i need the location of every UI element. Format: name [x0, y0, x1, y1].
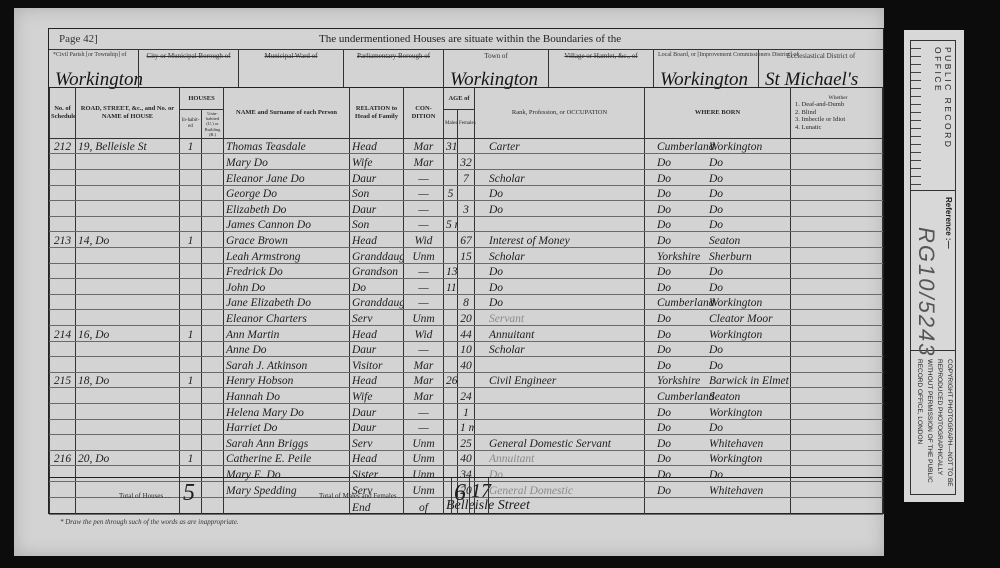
- record-office-strip: PUBLIC RECORD OFFICE Reference :— RG10/5…: [904, 30, 964, 502]
- male-age-cell: [444, 450, 458, 466]
- born-county: Do: [647, 407, 709, 419]
- table-row: Anne DoDaur—10ScholarDoDo: [50, 341, 883, 357]
- inhabited-cell: [180, 294, 202, 310]
- uninhabited-cell: [202, 279, 224, 295]
- inhabited-cell: [180, 216, 202, 232]
- infirmity-cell: [791, 450, 883, 466]
- schedule-cell: [50, 294, 76, 310]
- inhabited-cell: [180, 435, 202, 451]
- location-local-board: Local Board, or [Improvement Commissione…: [654, 50, 759, 87]
- occupation-cell: [475, 419, 645, 435]
- table-row: Eleanor Jane DoDaur—7ScholarDoDo: [50, 170, 883, 186]
- infirmity-cell: [791, 248, 883, 264]
- male-age-cell: 31: [444, 138, 458, 154]
- relation-cell: Daur: [350, 201, 404, 217]
- road-cell: [76, 341, 180, 357]
- col-infirmity: Whether 1. Deaf-and-Dumb 2. Blind 3. Imb…: [791, 88, 883, 139]
- born-place: Do: [709, 360, 723, 372]
- road-cell: 19, Belleisle St: [76, 138, 180, 154]
- infirmity-cell: [791, 403, 883, 419]
- schedule-cell: [50, 201, 76, 217]
- condition-cell: —: [404, 185, 444, 201]
- condition-cell: —: [404, 170, 444, 186]
- page-number: Page 42]: [59, 33, 98, 45]
- name-cell: Helena Mary Do: [224, 403, 350, 419]
- female-age-cell: [458, 216, 475, 232]
- occupation-cell: Scholar: [475, 248, 645, 264]
- boundary-title: The undermentioned Houses are situate wi…: [319, 33, 621, 45]
- female-age-cell: 3: [458, 201, 475, 217]
- born-county: Do: [647, 235, 709, 247]
- condition-cell: —: [404, 294, 444, 310]
- inhabited-cell: [180, 357, 202, 373]
- name-cell: Catherine E. Peile: [224, 450, 350, 466]
- location-row: *Civil Parish [or Township] of Workingto…: [49, 49, 883, 87]
- table-row: 21416, Do1Ann MartinHeadWid44AnnuitantDo…: [50, 325, 883, 341]
- born-county: Do: [647, 282, 709, 294]
- location-civil-parish: *Civil Parish [or Township] of Workingto…: [49, 50, 139, 87]
- schedule-cell: [50, 357, 76, 373]
- male-age-cell: [444, 248, 458, 264]
- born-place: Sherburn: [709, 251, 752, 263]
- male-age-cell: [444, 435, 458, 451]
- female-age-cell: 67: [458, 232, 475, 248]
- name-cell: Fredrick Do: [224, 263, 350, 279]
- table-row: 21518, Do1Henry HobsonHeadMar26Civil Eng…: [50, 372, 883, 388]
- female-age-cell: 7: [458, 170, 475, 186]
- schedule-cell: [50, 435, 76, 451]
- road-cell: [76, 216, 180, 232]
- condition-cell: —: [404, 263, 444, 279]
- occupation-cell: [475, 388, 645, 404]
- table-row: Hannah DoWifeMar24CumberlandSeaton: [50, 388, 883, 404]
- uninhabited-cell: [202, 419, 224, 435]
- born-place: Seaton: [709, 391, 740, 403]
- inhabited-cell: 1: [180, 232, 202, 248]
- schedule-cell: 215: [50, 372, 76, 388]
- born-place: Workington: [709, 407, 762, 419]
- born-county: Do: [647, 188, 709, 200]
- uninhabited-cell: [202, 372, 224, 388]
- col-uninhabited: Unin-habited (U.) or Building (B.): [202, 110, 224, 139]
- male-age-cell: [444, 232, 458, 248]
- female-age-cell: 40: [458, 357, 475, 373]
- condition-cell: Mar: [404, 388, 444, 404]
- born-cell: DoDo: [645, 357, 791, 373]
- condition-cell: Mar: [404, 372, 444, 388]
- male-age-cell: [444, 170, 458, 186]
- infirmity-cell: [791, 325, 883, 341]
- condition-cell: —: [404, 419, 444, 435]
- occupation-cell: Do: [475, 263, 645, 279]
- born-cell: DoWorkington: [645, 403, 791, 419]
- born-county: Do: [647, 329, 709, 341]
- schedule-cell: [50, 185, 76, 201]
- infirmity-cell: [791, 138, 883, 154]
- condition-cell: Unm: [404, 450, 444, 466]
- condition-cell: Wid: [404, 232, 444, 248]
- born-cell: DoSeaton: [645, 232, 791, 248]
- born-county: Yorkshire: [647, 251, 709, 263]
- female-age-cell: 20: [458, 310, 475, 326]
- infirmity-cell: [791, 372, 883, 388]
- born-place: Do: [709, 422, 723, 434]
- table-row: Sarah J. AtkinsonVisitorMar40DoDo: [50, 357, 883, 373]
- table-row: John DoDo—11DoDoDo: [50, 279, 883, 295]
- male-age-cell: [444, 310, 458, 326]
- uninhabited-cell: [202, 248, 224, 264]
- inhabited-cell: [180, 185, 202, 201]
- relation-cell: Son: [350, 216, 404, 232]
- col-schedule: No. of Schedule: [50, 88, 76, 139]
- uninhabited-cell: [202, 310, 224, 326]
- table-row: Fredrick DoGrandson—13DoDoDo: [50, 263, 883, 279]
- road-cell: [76, 279, 180, 295]
- born-county: Do: [647, 453, 709, 465]
- female-age-cell: 1: [458, 403, 475, 419]
- uninhabited-cell: [202, 357, 224, 373]
- inhabited-cell: [180, 248, 202, 264]
- relation-cell: Daur: [350, 419, 404, 435]
- born-place: Seaton: [709, 235, 740, 247]
- infirmity-cell: [791, 388, 883, 404]
- born-place: Do: [709, 219, 723, 231]
- col-houses: HOUSES: [180, 88, 224, 110]
- table-row: Elizabeth DoDaur—3DoDoDo: [50, 201, 883, 217]
- schedule-cell: [50, 388, 76, 404]
- census-form: Page 42] The undermentioned Houses are s…: [48, 28, 884, 514]
- road-cell: [76, 419, 180, 435]
- born-county: Do: [647, 438, 709, 450]
- location-town: Town of Workington: [444, 50, 549, 87]
- road-cell: [76, 388, 180, 404]
- relation-cell: Visitor: [350, 357, 404, 373]
- born-place: Do: [709, 266, 723, 278]
- road-cell: 20, Do: [76, 450, 180, 466]
- condition-cell: Mar: [404, 138, 444, 154]
- name-cell: Mary Do: [224, 154, 350, 170]
- name-cell: Sarah J. Atkinson: [224, 357, 350, 373]
- born-cell: DoDo: [645, 216, 791, 232]
- born-cell: DoDo: [645, 185, 791, 201]
- schedule-cell: [50, 263, 76, 279]
- male-age-cell: [444, 325, 458, 341]
- reference-value: RG10/5243: [913, 227, 939, 358]
- born-cell: DoCleator Moor: [645, 310, 791, 326]
- inhabited-cell: [180, 201, 202, 217]
- relation-cell: Grandson: [350, 263, 404, 279]
- total-persons-label: Total of Males and Females . .: [319, 492, 404, 500]
- born-cell: CumberlandWorkington: [645, 138, 791, 154]
- female-age-cell: [458, 263, 475, 279]
- schedule-cell: [50, 310, 76, 326]
- born-place: Do: [709, 157, 723, 169]
- born-place: Whitehaven: [709, 438, 763, 450]
- male-age-cell: [444, 357, 458, 373]
- schedule-cell: [50, 419, 76, 435]
- born-county: Do: [647, 266, 709, 278]
- inhabited-cell: [180, 419, 202, 435]
- col-females: Females: [458, 110, 475, 139]
- male-age-cell: [444, 403, 458, 419]
- born-place: Workington: [709, 297, 762, 309]
- table-row: 21314, Do1Grace BrownHeadWid67Interest o…: [50, 232, 883, 248]
- inhabited-cell: [180, 154, 202, 170]
- born-place: Cleator Moor: [709, 313, 773, 325]
- name-cell: James Cannon Do: [224, 216, 350, 232]
- male-age-cell: [444, 388, 458, 404]
- col-born: WHERE BORN: [645, 88, 791, 139]
- infirmity-cell: [791, 232, 883, 248]
- occupation-cell: Do: [475, 201, 645, 217]
- female-age-cell: 25: [458, 435, 475, 451]
- male-age-cell: 11: [444, 279, 458, 295]
- location-municipal-ward: Municipal Ward of: [239, 50, 344, 87]
- road-cell: [76, 263, 180, 279]
- born-place: Workington: [709, 329, 762, 341]
- table-row: Harriet DoDaur—1 moDoDo: [50, 419, 883, 435]
- male-age-cell: 13: [444, 263, 458, 279]
- female-age-cell: [458, 372, 475, 388]
- relation-cell: Serv: [350, 435, 404, 451]
- reference-label: Reference :—: [944, 197, 953, 249]
- born-place: Barwick in Elmet: [709, 375, 789, 387]
- name-cell: George Do: [224, 185, 350, 201]
- schedule-cell: [50, 341, 76, 357]
- col-occupation: Rank, Profession, or OCCUPATION: [475, 88, 645, 139]
- occupation-cell: [475, 357, 645, 373]
- infirmity-cell: [791, 357, 883, 373]
- condition-cell: —: [404, 403, 444, 419]
- male-age-cell: [444, 419, 458, 435]
- road-cell: [76, 170, 180, 186]
- condition-cell: —: [404, 341, 444, 357]
- road-cell: 14, Do: [76, 232, 180, 248]
- road-cell: [76, 435, 180, 451]
- infirmity-cell: [791, 341, 883, 357]
- female-age-cell: 32: [458, 154, 475, 170]
- born-cell: DoDo: [645, 170, 791, 186]
- inhabited-cell: 1: [180, 450, 202, 466]
- schedule-cell: [50, 170, 76, 186]
- inhabited-cell: [180, 310, 202, 326]
- schedule-cell: 212: [50, 138, 76, 154]
- inhabited-cell: [180, 403, 202, 419]
- schedule-cell: [50, 403, 76, 419]
- uninhabited-cell: [202, 435, 224, 451]
- road-cell: 18, Do: [76, 372, 180, 388]
- table-row: 21620, Do1Catherine E. PeileHeadUnm40Ann…: [50, 450, 883, 466]
- occupation-cell: General Domestic Servant: [475, 435, 645, 451]
- table-row: Leah ArmstrongGranddaughterUnm15ScholarY…: [50, 248, 883, 264]
- female-age-cell: 24: [458, 388, 475, 404]
- relation-cell: Granddaughter: [350, 248, 404, 264]
- table-row: Helena Mary DoDaur—1DoWorkington: [50, 403, 883, 419]
- born-cell: DoWhitehaven: [645, 435, 791, 451]
- relation-cell: Head: [350, 325, 404, 341]
- born-cell: DoDo: [645, 201, 791, 217]
- born-cell: DoDo: [645, 263, 791, 279]
- born-place: Do: [709, 188, 723, 200]
- relation-cell: Head: [350, 372, 404, 388]
- inhabited-cell: 1: [180, 372, 202, 388]
- born-county: Do: [647, 422, 709, 434]
- occupation-cell: Carter: [475, 138, 645, 154]
- born-place: Do: [709, 173, 723, 185]
- schedule-cell: [50, 279, 76, 295]
- name-cell: Eleanor Jane Do: [224, 170, 350, 186]
- condition-cell: Mar: [404, 154, 444, 170]
- relation-cell: Wife: [350, 388, 404, 404]
- condition-cell: Unm: [404, 435, 444, 451]
- relation-cell: Son: [350, 185, 404, 201]
- born-cell: DoDo: [645, 279, 791, 295]
- female-age-cell: [458, 279, 475, 295]
- born-cell: DoDo: [645, 341, 791, 357]
- born-county: Do: [647, 344, 709, 356]
- occupation-cell: [475, 154, 645, 170]
- road-cell: [76, 357, 180, 373]
- road-cell: [76, 248, 180, 264]
- relation-cell: Head: [350, 232, 404, 248]
- uninhabited-cell: [202, 263, 224, 279]
- schedule-cell: 213: [50, 232, 76, 248]
- occupation-cell: Scholar: [475, 341, 645, 357]
- female-age-cell: 1 mo: [458, 419, 475, 435]
- male-age-cell: 5 mo: [444, 216, 458, 232]
- female-age-cell: 8: [458, 294, 475, 310]
- location-parliamentary-borough: Parliamentary Borough of: [344, 50, 444, 87]
- uninhabited-cell: [202, 388, 224, 404]
- occupation-cell: Scholar: [475, 170, 645, 186]
- col-name: NAME and Surname of each Person: [224, 88, 350, 139]
- name-cell: Grace Brown: [224, 232, 350, 248]
- occupation-cell: Interest of Money: [475, 232, 645, 248]
- infirmity-cell: [791, 263, 883, 279]
- uninhabited-cell: [202, 216, 224, 232]
- male-age-cell: 26: [444, 372, 458, 388]
- record-office-title: PUBLIC RECORD OFFICE: [933, 47, 953, 190]
- born-county: Cumberland: [647, 391, 709, 403]
- infirmity-cell: [791, 201, 883, 217]
- occupation-cell: Annuitant: [475, 325, 645, 341]
- uninhabited-cell: [202, 185, 224, 201]
- condition-cell: —: [404, 279, 444, 295]
- born-place: Workington: [709, 141, 762, 153]
- uninhabited-cell: [202, 232, 224, 248]
- ruler-scale: PUBLIC RECORD OFFICE: [911, 41, 955, 191]
- table-row: Mary DoWifeMar32DoDo: [50, 154, 883, 170]
- condition-cell: Unm: [404, 248, 444, 264]
- born-county: Do: [647, 157, 709, 169]
- male-age-cell: [444, 201, 458, 217]
- uninhabited-cell: [202, 138, 224, 154]
- born-place: Workington: [709, 453, 762, 465]
- condition-cell: Unm: [404, 310, 444, 326]
- col-relation: RELATION to Head of Family: [350, 88, 404, 139]
- schedule-cell: [50, 216, 76, 232]
- inhabited-cell: 1: [180, 325, 202, 341]
- born-place: Do: [709, 344, 723, 356]
- female-age-cell: 40: [458, 450, 475, 466]
- relation-cell: Wife: [350, 154, 404, 170]
- col-age: AGE of: [444, 88, 475, 110]
- name-cell: Harriet Do: [224, 419, 350, 435]
- location-municipal-borough: City or Municipal Borough of: [139, 50, 239, 87]
- name-cell: Jane Elizabeth Do: [224, 294, 350, 310]
- copyright-notice: COPYRIGHT PHOTOGRAPH—NOT TO BE REPRODUCE…: [914, 359, 954, 494]
- infirmity-cell: [791, 154, 883, 170]
- born-county: Yorkshire: [647, 375, 709, 387]
- relation-cell: Daur: [350, 341, 404, 357]
- born-county: Cumberland: [647, 297, 709, 309]
- condition-cell: —: [404, 216, 444, 232]
- relation-cell: Daur: [350, 170, 404, 186]
- table-row: George DoSon—5DoDoDo: [50, 185, 883, 201]
- female-age-cell: 15: [458, 248, 475, 264]
- table-row: Sarah Ann BriggsServUnm25General Domesti…: [50, 435, 883, 451]
- location-village: Village or Hamlet, &c., of: [549, 50, 654, 87]
- occupation-cell: Civil Engineer: [475, 372, 645, 388]
- uninhabited-cell: [202, 154, 224, 170]
- name-cell: Henry Hobson: [224, 372, 350, 388]
- born-cell: DoWorkington: [645, 325, 791, 341]
- occupation-cell: Do: [475, 294, 645, 310]
- location-ecclesiastical-district: Ecclesiastical District of St Michael's: [759, 50, 883, 87]
- name-cell: Hannah Do: [224, 388, 350, 404]
- footnote: * Draw the pen through such of the words…: [60, 518, 239, 526]
- born-county: Do: [647, 204, 709, 216]
- uninhabited-cell: [202, 325, 224, 341]
- infirmity-cell: [791, 294, 883, 310]
- female-age-cell: [458, 185, 475, 201]
- totals-row: Total of Houses . . 5 Total of Males and…: [49, 477, 883, 514]
- inhabited-cell: [180, 279, 202, 295]
- road-cell: [76, 185, 180, 201]
- road-cell: [76, 294, 180, 310]
- occupation-cell: [475, 403, 645, 419]
- uninhabited-cell: [202, 294, 224, 310]
- born-place: Do: [709, 204, 723, 216]
- born-cell: DoWorkington: [645, 450, 791, 466]
- road-cell: [76, 201, 180, 217]
- infirmity-cell: [791, 185, 883, 201]
- female-age-cell: 10: [458, 341, 475, 357]
- schedule-cell: [50, 248, 76, 264]
- infirmity-cell: [791, 170, 883, 186]
- schedule-cell: 214: [50, 325, 76, 341]
- uninhabited-cell: [202, 341, 224, 357]
- table-row: Jane Elizabeth DoGranddaughter—8DoCumber…: [50, 294, 883, 310]
- schedule-cell: [50, 154, 76, 170]
- male-age-cell: [444, 294, 458, 310]
- infirmity-cell: [791, 419, 883, 435]
- name-cell: Anne Do: [224, 341, 350, 357]
- relation-cell: Granddaughter: [350, 294, 404, 310]
- born-cell: DoDo: [645, 419, 791, 435]
- col-inhabited: In-habit-ed: [180, 110, 202, 139]
- female-age-cell: [458, 138, 475, 154]
- infirmity-cell: [791, 435, 883, 451]
- schedule-cell: 216: [50, 450, 76, 466]
- uninhabited-cell: [202, 450, 224, 466]
- infirmity-cell: [791, 310, 883, 326]
- condition-cell: —: [404, 201, 444, 217]
- uninhabited-cell: [202, 201, 224, 217]
- name-cell: Sarah Ann Briggs: [224, 435, 350, 451]
- occupation-cell: Servant: [475, 310, 645, 326]
- reference-box: Reference :— RG10/5243: [911, 191, 955, 351]
